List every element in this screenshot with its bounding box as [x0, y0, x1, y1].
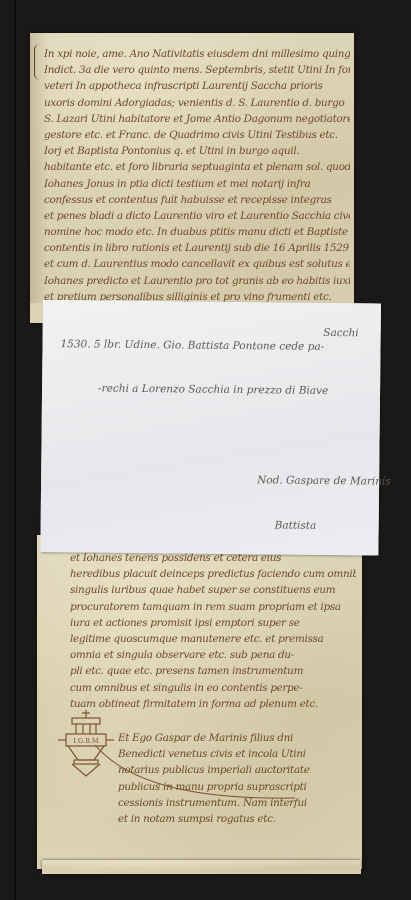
manuscript-line: Iohanes Jonus in ptia dicti testium et m…	[44, 176, 350, 192]
subscription-line: et in notam sumpsi rogatus etc.	[118, 811, 354, 827]
manuscript-line: omnia et singula observare etc. sub pena…	[70, 647, 356, 663]
subscription-line: notarius publicus imperiali auctoritate	[118, 762, 354, 778]
manuscript-line: iura et actiones promisit ipsi emptori s…	[70, 615, 356, 631]
manuscript-line: Iorj et Baptista Pontonius q. et Utini i…	[44, 143, 350, 159]
subscription-line: cessionis instrumentum. Nam interfui	[118, 795, 354, 811]
manuscript-line: cum omnibus et singulis in eo contentis …	[70, 680, 356, 696]
manuscript-line: pli etc. quae etc. presens tamen instrum…	[70, 663, 356, 679]
slip-signature: Nod. Gaspare de Marinis	[257, 474, 391, 487]
parchment-bottom-edge	[42, 860, 361, 874]
background-edge-line	[14, 0, 16, 900]
manuscript-line: singulis iuribus quae habet super se con…	[70, 582, 356, 598]
subscription-line: publicus in manu propria suprascripti	[118, 779, 354, 795]
manuscript-line: gestore etc. et Franc. de Quadrimo civis…	[44, 127, 350, 143]
manuscript-line: In xpi noie, ame. Ano Nativitatis eiusde…	[44, 46, 350, 62]
slip-signature: Battista	[275, 519, 317, 531]
slip-header: Sacchi	[323, 327, 358, 339]
subscription-line: Et Ego Gaspar de Marinis filius dni	[118, 730, 354, 746]
manuscript-text-lower: et Iohanes tenens possidens et cetera ei…	[70, 550, 356, 712]
manuscript-line: Iohanes predicto et Laurentio pro tot gr…	[44, 273, 350, 289]
manuscript-line: procuratorem tamquam in rem suam propria…	[70, 599, 356, 615]
manuscript-line: habitante etc. et foro libraria septuagi…	[44, 159, 350, 175]
manuscript-line: et cum d. Laurentius modo cancellavit ex…	[44, 256, 350, 272]
attached-paper-slip: Sacchi 1530. 5 lbr. Udine. Gio. Battista…	[40, 300, 381, 556]
manuscript-line: legitime quoscumque manutenere etc. et p…	[70, 631, 356, 647]
manuscript-line: contentis in libro rationis et Laurentij…	[44, 240, 350, 256]
manuscript-line: nomine hoc modo etc. In duabus ptitis ma…	[44, 224, 350, 240]
manuscript-text-upper: In xpi noie, ame. Ano Nativitatis eiusde…	[44, 46, 350, 321]
manuscript-line: heredibus placuit deinceps predictus fac…	[70, 566, 356, 582]
decorative-initial-stroke	[34, 44, 43, 80]
manuscript-line: et penes bladi a dicto Laurentio viro et…	[44, 208, 350, 224]
manuscript-line: Indict. 3a die vero quinto mens. Septemb…	[44, 62, 350, 78]
manuscript-line: confessus et contentus fuit habuisse et …	[44, 192, 350, 208]
manuscript-line: S. Lazari Utini habitatore et Jome Antio…	[44, 111, 350, 127]
manuscript-line: veteri In appotheca infrascripti Laurent…	[44, 78, 350, 94]
slip-note-line: 1530. 5 lbr. Udine. Gio. Battista Ponton…	[60, 338, 324, 353]
manuscript-line: uxoris domini Adorgiadas; venientis d. S…	[44, 95, 350, 111]
slip-note-line: -rechi a Lorenzo Sacchia in prezzo di Bi…	[98, 383, 328, 397]
notary-subscription: Et Ego Gaspar de Marinis filius dni Bene…	[118, 730, 354, 827]
subscription-line: Benedicti venetus civis et incola Utini	[118, 746, 354, 762]
